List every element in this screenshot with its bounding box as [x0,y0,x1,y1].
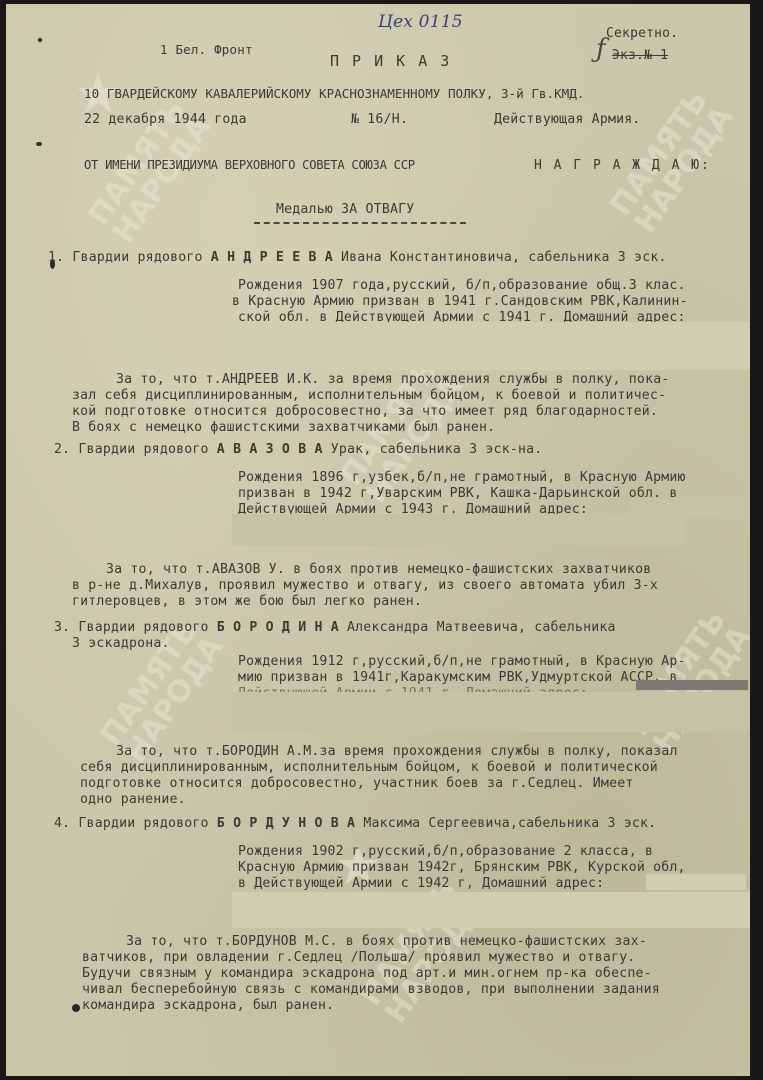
paper-speck [72,1004,80,1012]
order-number: № 16/Н. [351,112,408,127]
awardee-2-merit-line: За то, что т.АВАЗОВ У. в боях против нем… [106,562,651,577]
awardee-3-heading-cont: 3 эскадрона. [72,636,170,651]
awardee-2-heading: 2. Гвардии рядового А В А З О В А Урак, … [54,442,542,457]
redacted-address [232,514,686,546]
awardee-4-merit-line: командира эскадрона, был ранен. [82,998,334,1013]
awardee-1-bio-line: Рождения 1907 года,русский, б/п,образова… [238,278,686,293]
regiment-line: 10 ГВАРДЕЙСКОМУ КАВАЛЕРИЙСКОМУ КРАСНОЗНА… [84,86,584,101]
page-title: П Р И К А З [330,52,451,70]
signature-scribble: ƒ [596,34,606,64]
redacted-address [230,322,750,370]
decree-line: ОТ ИМЕНИ ПРЕЗИДИУМА ВЕРХОВНОГО СОВЕТА СО… [84,158,415,172]
awardee-4-merit-line: чивал бесперебойную связь с командирами … [82,982,660,997]
awardee-4-bio-line: Рождения 1902 г,русский,б/п,образование … [238,844,653,859]
awardee-1-merit-line: зал себя дисциплинированным, исполнитель… [72,388,666,403]
awardee-1-merit-line: За то, что т.АНДРЕЕВ И.К. за время прохо… [116,372,670,387]
redacted-address [232,892,750,928]
order-document-page: ★ ПАМЯТЬНАРОДА ПАМЯТЬНАРОДА ★ ПАМЯТЬНАРО… [6,4,750,1076]
secret-stamp: Секретно. [606,26,678,41]
awardee-1-merit-line: В боях с немецко фашистскими захватчикам… [72,420,495,435]
awardee-2-bio-line: призван в 1942 г,Уварским РВК, Кашка-Дар… [238,486,678,501]
awardee-3-bio-line: Рождения 1912 г,русский,б/п,не грамотный… [238,654,686,669]
awardee-2-merit-line: в р-не д.Михалув, проявил мужество и отв… [72,578,658,593]
awardee-4-heading: 4. Гвардии рядового Б О Р Д У Н О В А Ма… [54,816,656,831]
front-label: 1 Бел. Фронт [160,42,253,57]
awardee-2-merit-line: гитлеровцев, в этом же бою был легко ран… [72,594,422,609]
award-name: Медалью ЗА ОТВАГУ [276,202,414,217]
awardee-4-merit-line: За то, что т.БОРДУНОВ М.С. в боях против… [126,934,647,949]
awardee-4-merit-line: Будучи связным у командира эскадрона под… [82,966,652,981]
awardee-1-bio-line: в Красную Армию призван в 1941 г.Сандовс… [232,294,688,309]
paper-speck [38,38,42,42]
redacted-address [636,680,748,690]
awardee-3-heading: 3. Гвардии рядового Б О Р О Д И Н А Алек… [54,620,616,635]
awardee-3-merit-line: себя дисциплинированным, исполнительным … [80,760,658,775]
copy-number: Экз.№ 1 [612,48,668,63]
redacted-address [232,692,750,732]
award-underline [254,222,466,224]
army-label: Действующая Армия. [494,112,641,127]
awardee-3-merit-line: подготовке относится добросовестно, учас… [80,776,634,791]
awardee-4-merit-line: ватчиков, при овладении г.Седлец /Польша… [82,950,636,965]
awardee-3-merit-line: одно ранение. [80,792,186,807]
awardee-1-merit-line: кой подготовке относится добросовестно, … [72,404,658,419]
redacted-address [646,874,746,890]
order-date: 22 декабря 1944 года [84,112,247,127]
awardee-1-heading: 1. Гвардии рядового А Н Д Р Е Е В А Иван… [48,250,667,265]
awardee-4-bio-line: в Действующей Армии с 1942 г, Домашний а… [238,876,604,891]
awardee-2-bio-line: Рождения 1896 г,узбек,б/п,не грамотный, … [238,470,686,485]
awardee-3-merit-line: За то, что т.БОРОДИН А.М.за время прохож… [116,744,678,759]
awardee-4-bio-line: Красную Армию призван 1942г, Брянским РВ… [238,860,686,875]
paper-speck [36,142,42,146]
awardee-3-bio-line: мию призван в 1941г,Каракумским РВК,Удму… [238,670,678,685]
archive-mark: Цех 0115 [378,12,463,32]
decree-verb: Н А Г Р А Ж Д А Ю: [534,158,711,173]
